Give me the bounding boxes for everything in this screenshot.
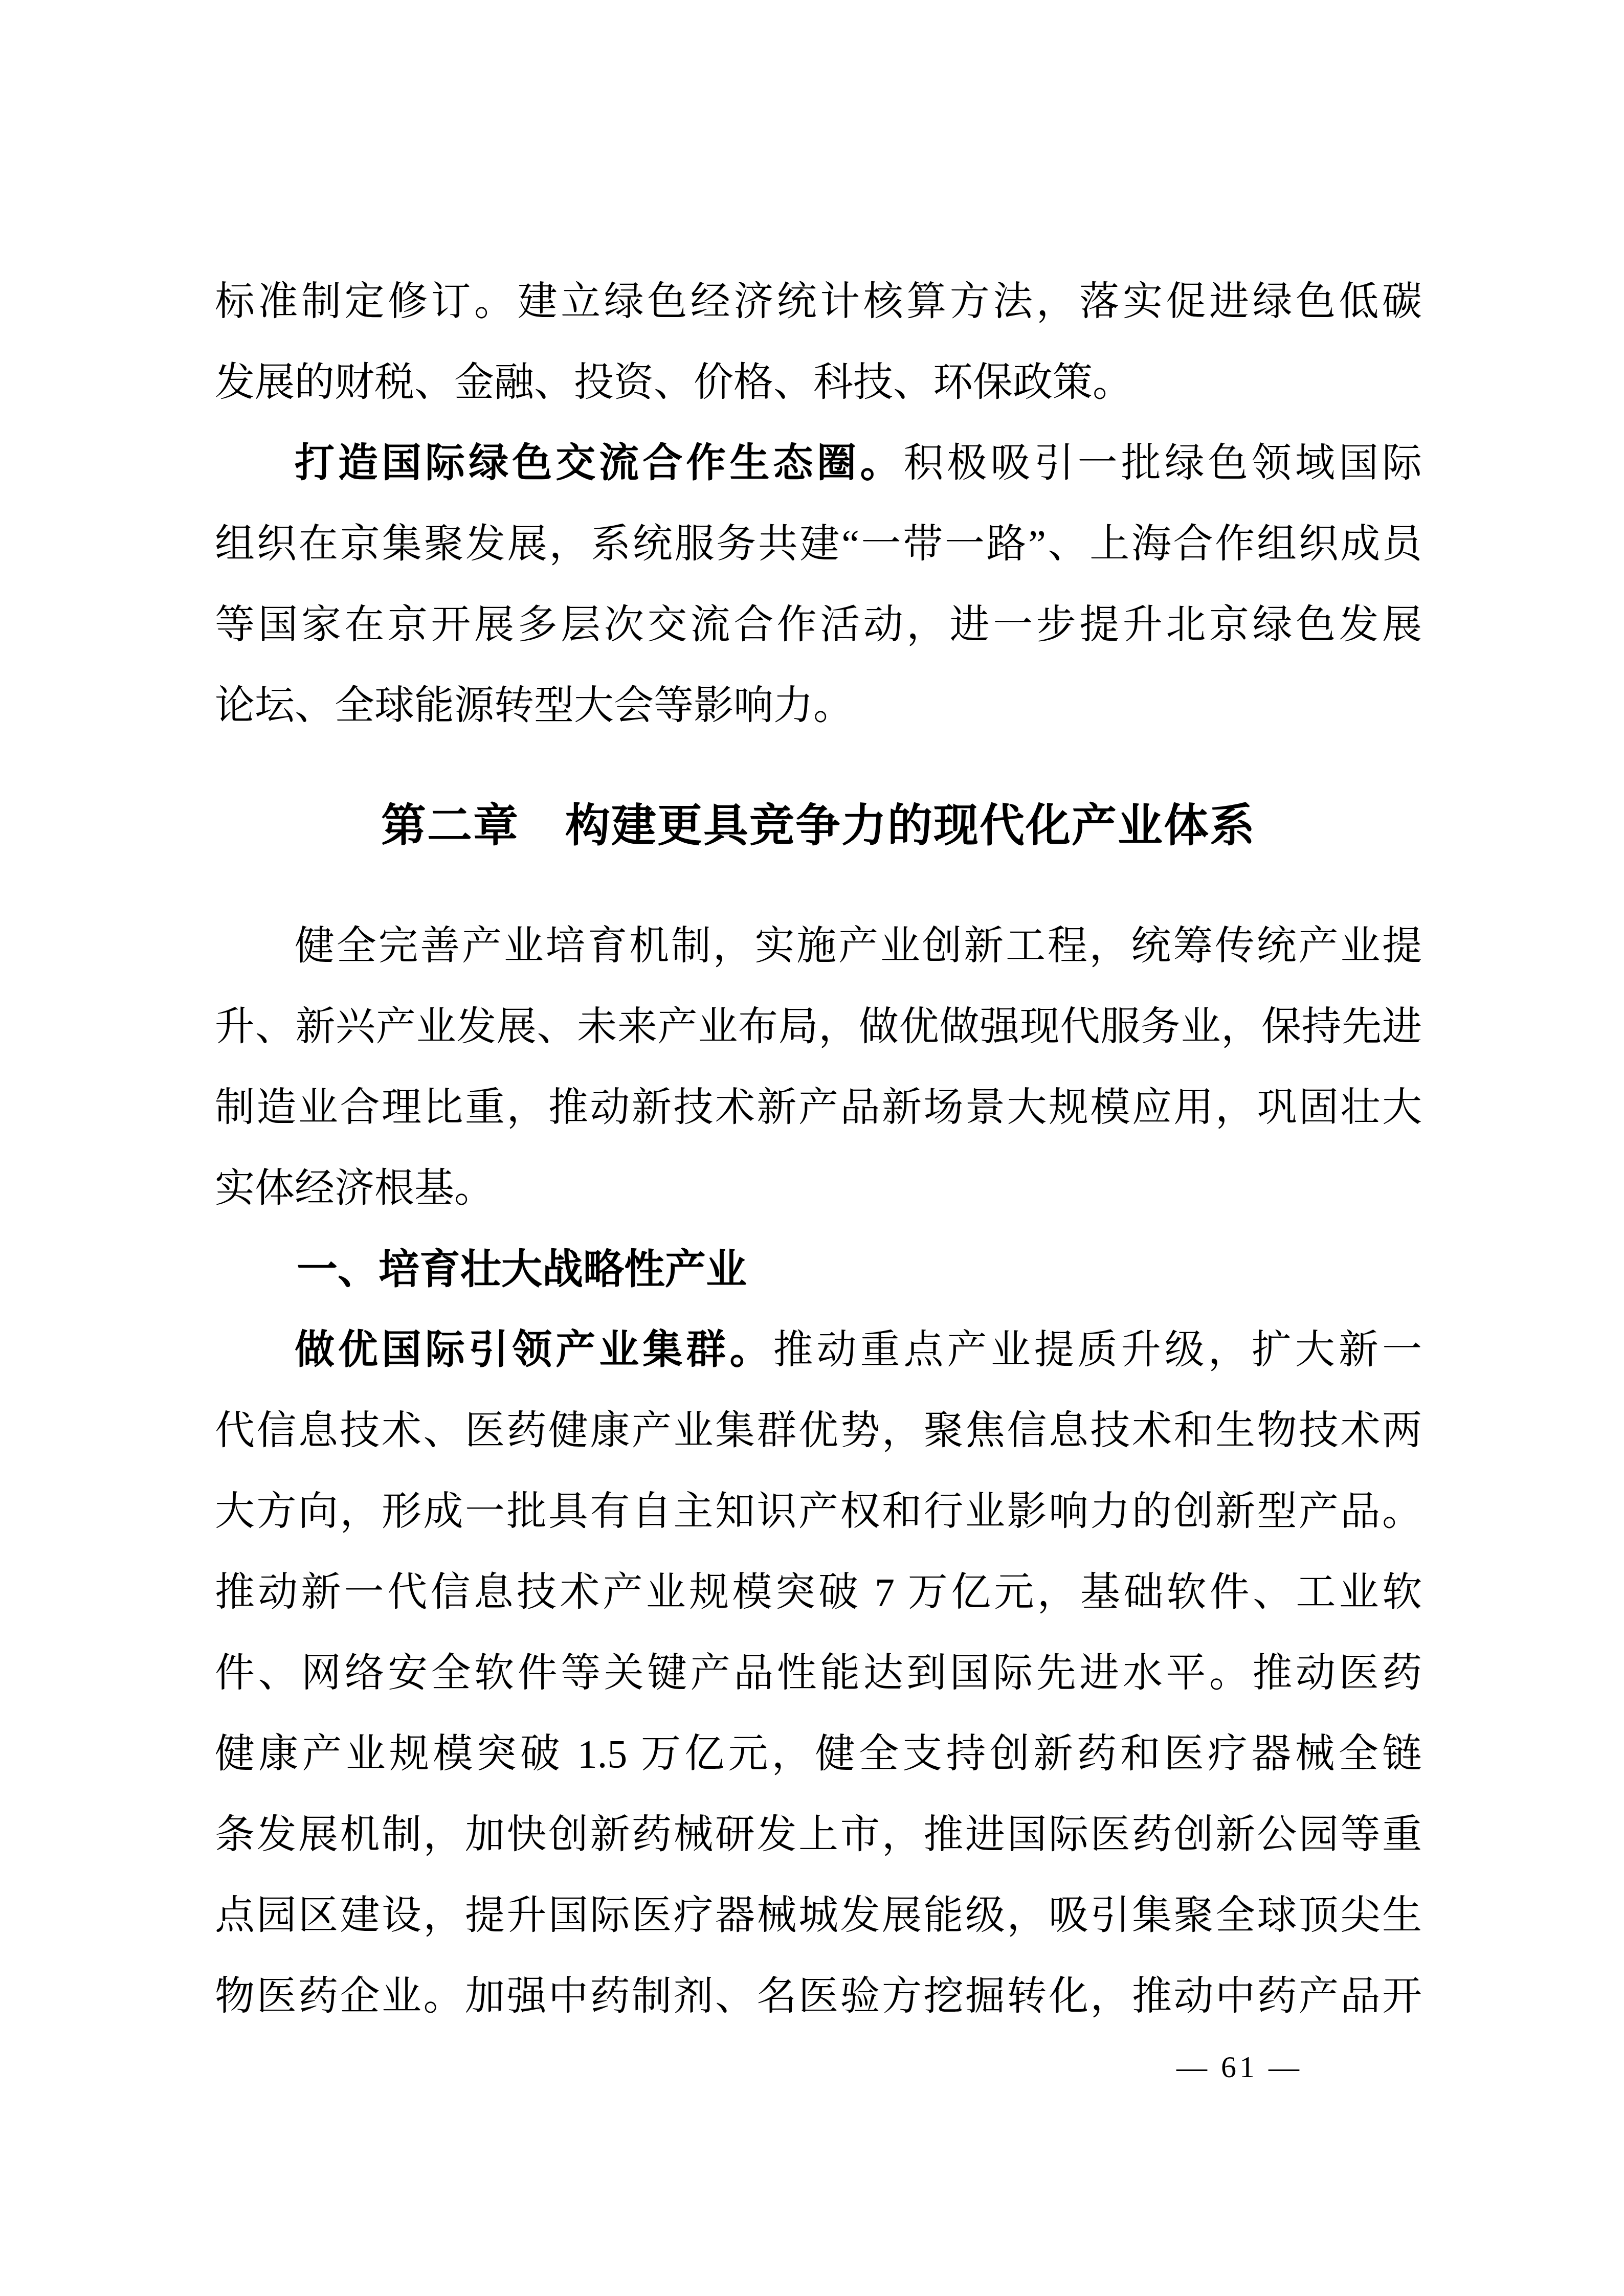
body-line: 论坛、全球能源转型大会等影响力。 bbox=[215, 665, 1422, 746]
body-line: 代信息技术、医药健康产业集群优势，聚焦信息技术和生物技术两 bbox=[215, 1390, 1422, 1471]
body-line: 发展的财税、金融、投资、价格、科技、环保政策。 bbox=[215, 342, 1422, 423]
text-column: 标准制定修订。建立绿色经济统计核算方法，落实促进绿色低碳发展的财税、金融、投资、… bbox=[215, 261, 1422, 2037]
body-line: 健康产业规模突破 1.5 万亿元，健全支持创新药和医疗器械全链 bbox=[215, 1714, 1422, 1794]
section-heading: 一、培育壮大战略性产业 bbox=[215, 1229, 1422, 1310]
body-line: 打造国际绿色交流合作生态圈。积极吸引一批绿色领域国际 bbox=[215, 423, 1422, 504]
body-line: 点园区建设，提升国际医疗器械城发展能级，吸引集聚全球顶尖生 bbox=[215, 1875, 1422, 1956]
body-text: 推动重点产业提质升级，扩大新一 bbox=[773, 1327, 1422, 1372]
body-line: 条发展机制，加快创新药械研发上市，推进国际医药创新公园等重 bbox=[215, 1794, 1422, 1875]
body-line: 物医药企业。加强中药制剂、名医验方挖掘转化，推动中药产品开 bbox=[215, 1956, 1422, 2037]
body-line: 健全完善产业培育机制，实施产业创新工程，统筹传统产业提 bbox=[215, 906, 1422, 986]
body-line: 组织在京集聚发展，系统服务共建“一带一路”、上海合作组织成员 bbox=[215, 504, 1422, 584]
body-line: 大方向，形成一批具有自主知识产权和行业影响力的创新型产品。 bbox=[215, 1471, 1422, 1552]
body-line: 推动新一代信息技术产业规模突破 7 万亿元，基础软件、工业软 bbox=[215, 1552, 1422, 1633]
paragraph-lead: 打造国际绿色交流合作生态圈。 bbox=[295, 441, 904, 485]
body-text: 积极吸引一批绿色领域国际 bbox=[904, 441, 1422, 485]
body-line: 升、新兴产业发展、未来产业布局，做优做强现代服务业，保持先进 bbox=[215, 986, 1422, 1067]
body-line: 等国家在京开展多层次交流合作活动，进一步提升北京绿色发展 bbox=[215, 584, 1422, 665]
body-line: 件、网络安全软件等关键产品性能达到国际先进水平。推动医药 bbox=[215, 1633, 1422, 1714]
page-number: — 61 — bbox=[1176, 2029, 1302, 2105]
body-line: 实体经济根基。 bbox=[215, 1148, 1422, 1229]
document-page: 标准制定修订。建立绿色经济统计核算方法，落实促进绿色低碳发展的财税、金融、投资、… bbox=[0, 0, 1624, 2296]
body-line: 标准制定修订。建立绿色经济统计核算方法，落实促进绿色低碳 bbox=[215, 261, 1422, 342]
body-line: 做优国际引领产业集群。推动重点产业提质升级，扩大新一 bbox=[215, 1310, 1422, 1390]
chapter-heading: 第二章 构建更具竞争力的现代化产业体系 bbox=[215, 785, 1422, 866]
body-line: 制造业合理比重，推动新技术新产品新场景大规模应用，巩固壮大 bbox=[215, 1067, 1422, 1148]
paragraph-lead: 做优国际引领产业集群。 bbox=[295, 1327, 773, 1372]
